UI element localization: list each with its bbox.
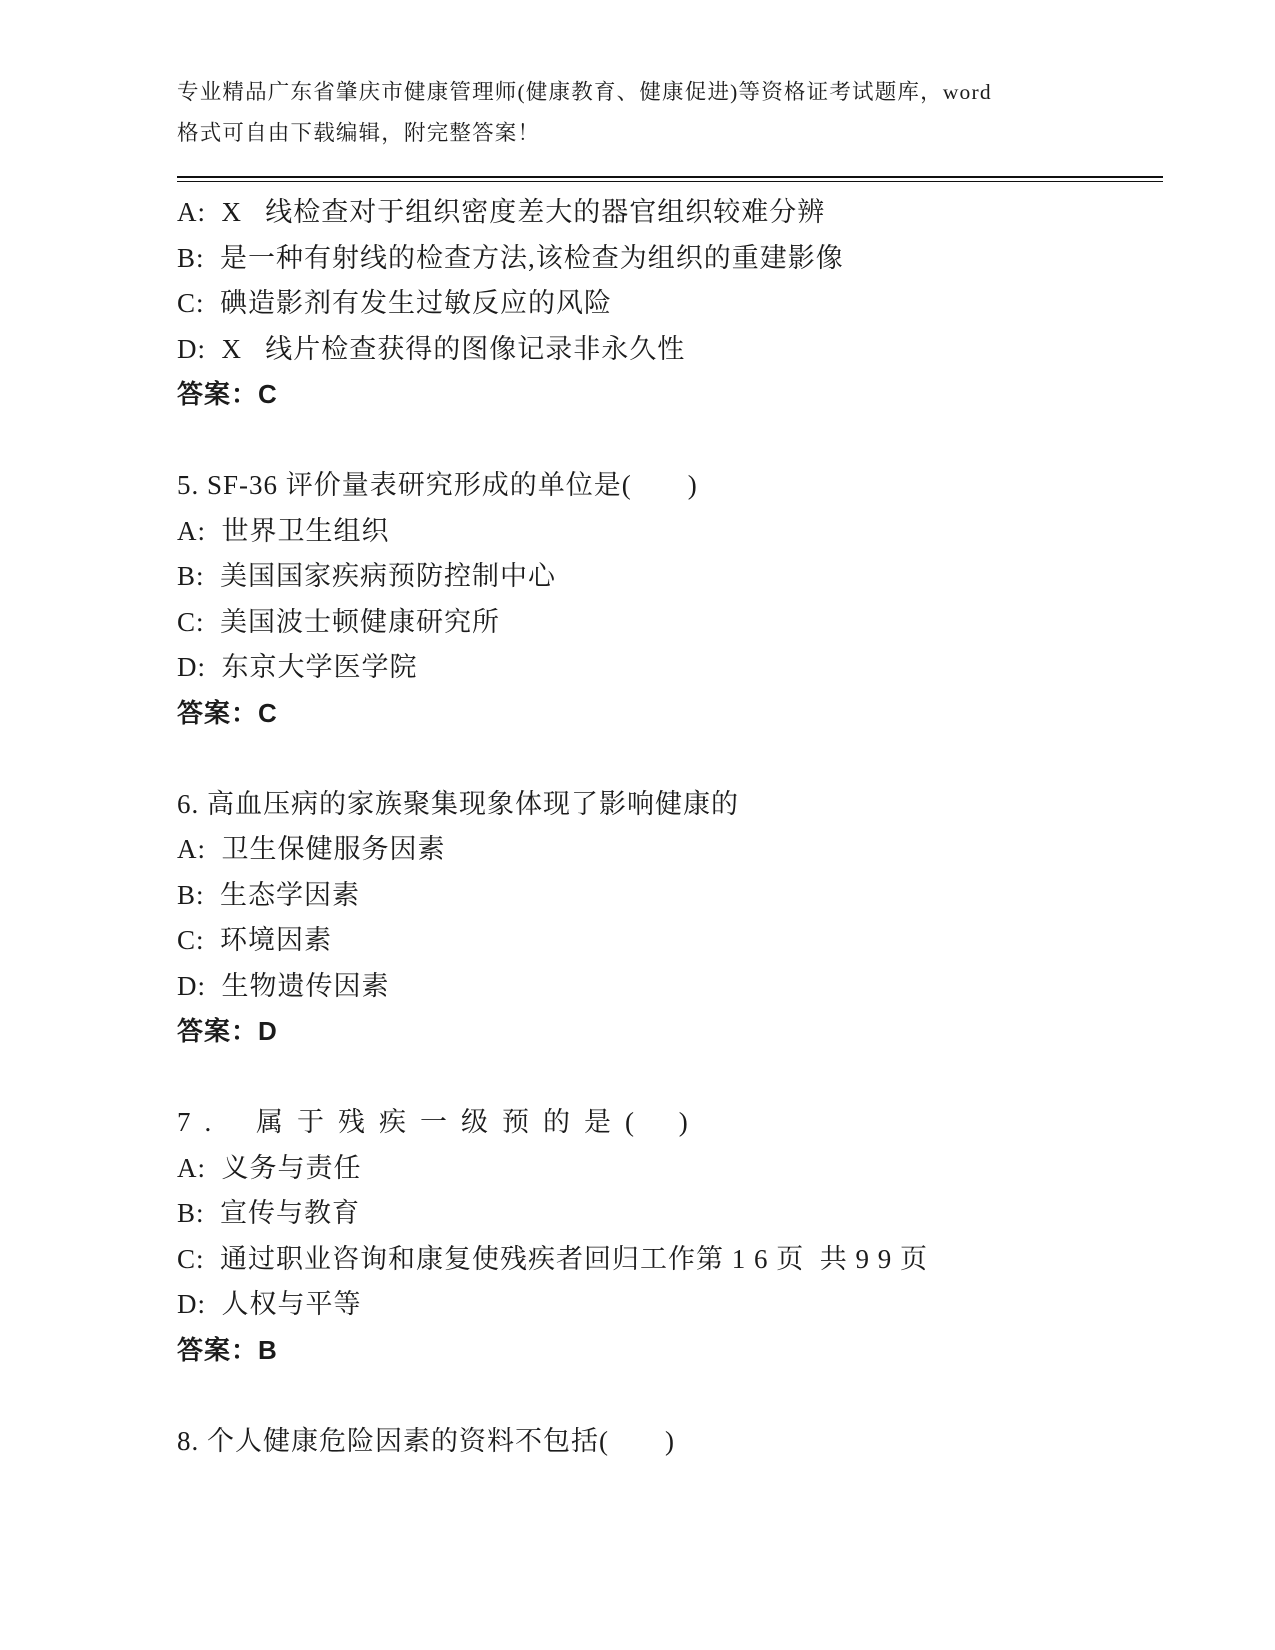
option-a: A: X 线检查对于组织密度差大的器官组织较难分辨	[177, 190, 1175, 236]
option-c: C: 环境因素	[177, 918, 1175, 964]
option-b: B: 是一种有射线的检查方法,该检查为组织的重建影像	[177, 236, 1175, 282]
option-d: D: 东京大学医学院	[177, 645, 1175, 691]
question-text: 5. SF-36 评价量表研究形成的单位是( )	[177, 463, 1175, 509]
option-d: D: X 线片检查获得的图像记录非永久性	[177, 327, 1175, 373]
question-block-8: 8. 个人健康危险因素的资料不包括( )	[177, 1419, 1175, 1465]
option-b: B: 宣传与教育	[177, 1191, 1175, 1237]
option-a: A: 义务与责任	[177, 1146, 1175, 1192]
answer-line: 答案：D	[177, 1009, 1175, 1055]
question-block-5: 5. SF-36 评价量表研究形成的单位是( ) A: 世界卫生组织 B: 美国…	[177, 463, 1175, 736]
question-text: 8. 个人健康危险因素的资料不包括( )	[177, 1419, 1175, 1465]
option-b: B: 美国国家疾病预防控制中心	[177, 554, 1175, 600]
document-header: 专业精品广东省肇庆市健康管理师(健康教育、健康促进)等资格证考试题库，word …	[177, 72, 1165, 154]
header-line-1: 专业精品广东省肇庆市健康管理师(健康教育、健康促进)等资格证考试题库，word	[177, 72, 1165, 113]
answer-line: 答案：C	[177, 691, 1175, 737]
option-d: D: 人权与平等	[177, 1282, 1175, 1328]
option-d: D: 生物遗传因素	[177, 964, 1175, 1010]
option-a: A: 世界卫生组织	[177, 509, 1175, 555]
option-b: B: 生态学因素	[177, 873, 1175, 919]
header-line-2: 格式可自由下载编辑，附完整答案！	[177, 113, 1165, 154]
question-block-4-continuation: A: X 线检查对于组织密度差大的器官组织较难分辨 B: 是一种有射线的检查方法…	[177, 190, 1175, 418]
answer-line: 答案：B	[177, 1328, 1175, 1374]
question-text: 7. 属于残疾一级预的是( )	[177, 1100, 1175, 1146]
document-body: A: X 线检查对于组织密度差大的器官组织较难分辨 B: 是一种有射线的检查方法…	[177, 190, 1175, 1464]
question-block-7: 7. 属于残疾一级预的是( ) A: 义务与责任 B: 宣传与教育 C: 通过职…	[177, 1100, 1175, 1373]
document-page: 专业精品广东省肇庆市健康管理师(健康教育、健康促进)等资格证考试题库，word …	[0, 0, 1275, 1650]
header-divider	[177, 176, 1163, 182]
option-c: C: 美国波士顿健康研究所	[177, 600, 1175, 646]
option-c: C: 碘造影剂有发生过敏反应的风险	[177, 281, 1175, 327]
option-c: C: 通过职业咨询和康复使残疾者回归工作第 1 6 页 共 9 9 页	[177, 1237, 1175, 1283]
option-a: A: 卫生保健服务因素	[177, 827, 1175, 873]
answer-line: 答案：C	[177, 372, 1175, 418]
question-block-6: 6. 高血压病的家族聚集现象体现了影响健康的 A: 卫生保健服务因素 B: 生态…	[177, 782, 1175, 1055]
question-text: 6. 高血压病的家族聚集现象体现了影响健康的	[177, 782, 1175, 828]
